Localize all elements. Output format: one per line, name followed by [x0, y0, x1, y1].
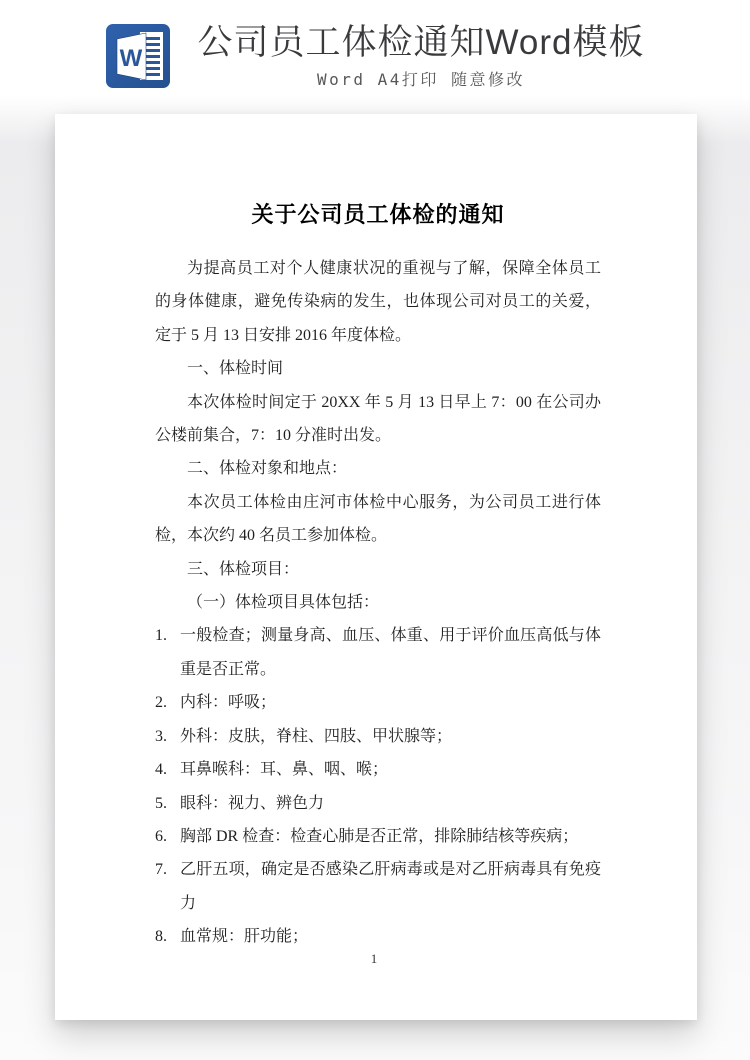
- list-item-number: 8.: [155, 920, 180, 953]
- list-item-number: 7.: [155, 853, 180, 920]
- banner-subtitle: Word A4打印 随意修改: [317, 67, 525, 90]
- page-number: 1: [55, 951, 693, 967]
- list-item-text: 血常规：肝功能；: [180, 920, 601, 953]
- canvas: { "header": { "title": "公司员工体检通知Word模板",…: [0, 0, 750, 1060]
- list-item-number: 4.: [155, 753, 180, 786]
- list-item-text: 眼科：视力、辨色力: [180, 787, 601, 820]
- list-item-number: 1.: [155, 619, 180, 686]
- list-item-text: 外科：皮肤，脊柱、四肢、甲状腺等；: [180, 720, 601, 753]
- document-title: 关于公司员工体检的通知: [155, 198, 601, 232]
- list-item-text: 胸部 DR 检查：检查心肺是否正常，排除肺结核等疾病；: [180, 820, 601, 853]
- paragraph: （一）体检项目具体包括：: [155, 586, 601, 619]
- list-item-text: 内科：呼吸；: [180, 686, 601, 719]
- document-page: 关于公司员工体检的通知 为提高员工对个人健康状况的重视与了解，保障全体员工的身体…: [55, 114, 697, 1020]
- paragraph: 本次体检时间定于 20XX 年 5 月 13 日早上 7：00 在公司办公楼前集…: [155, 386, 601, 453]
- list-item: 5.眼科：视力、辨色力: [155, 787, 601, 820]
- list-item-text: 一般检查；测量身高、血压、体重、用于评价血压高低与体重是否正常。: [180, 619, 601, 686]
- list-item-number: 5.: [155, 787, 180, 820]
- paragraph: 本次员工体检由庄河市体检中心服务，为公司员工进行体检，本次约 40 名员工参加体…: [155, 486, 601, 553]
- paragraph: 三、体检项目：: [155, 553, 601, 586]
- list-item-number: 6.: [155, 820, 180, 853]
- document-body: 为提高员工对个人健康状况的重视与了解，保障全体员工的身体健康，避免传染病的发生，…: [155, 252, 601, 954]
- list-item-text: 耳鼻喉科：耳、鼻、咽、喉；: [180, 753, 601, 786]
- list-item: 3.外科：皮肤，脊柱、四肢、甲状腺等；: [155, 720, 601, 753]
- paragraph: 为提高员工对个人健康状况的重视与了解，保障全体员工的身体健康，避免传染病的发生，…: [155, 252, 601, 352]
- word-icon: W: [106, 24, 170, 88]
- list-item-text: 乙肝五项，确定是否感染乙肝病毒或是对乙肝病毒具有免疫力: [180, 853, 601, 920]
- list-item: 7.乙肝五项，确定是否感染乙肝病毒或是对乙肝病毒具有免疫力: [155, 853, 601, 920]
- banner-text: 公司员工体检通知Word模板 Word A4打印 随意修改: [198, 22, 645, 90]
- list-item: 4.耳鼻喉科：耳、鼻、咽、喉；: [155, 753, 601, 786]
- list-item: 6.胸部 DR 检查：检查心肺是否正常，排除肺结核等疾病；: [155, 820, 601, 853]
- list-item: 8.血常规：肝功能；: [155, 920, 601, 953]
- word-icon-letter: W: [119, 45, 142, 72]
- paragraph: 二、体检对象和地点：: [155, 452, 601, 485]
- banner: W 公司员工体检通知Word模板 Word A4打印 随意修改: [0, 0, 750, 112]
- list-item-number: 2.: [155, 686, 180, 719]
- list-item: 2.内科：呼吸；: [155, 686, 601, 719]
- document-page-inner: 关于公司员工体检的通知 为提高员工对个人健康状况的重视与了解，保障全体员工的身体…: [55, 114, 697, 1020]
- list-item: 1.一般检查；测量身高、血压、体重、用于评价血压高低与体重是否正常。: [155, 619, 601, 686]
- list-item-number: 3.: [155, 720, 180, 753]
- banner-title: 公司员工体检通知Word模板: [198, 22, 645, 64]
- paragraph: 一、体检时间: [155, 352, 601, 385]
